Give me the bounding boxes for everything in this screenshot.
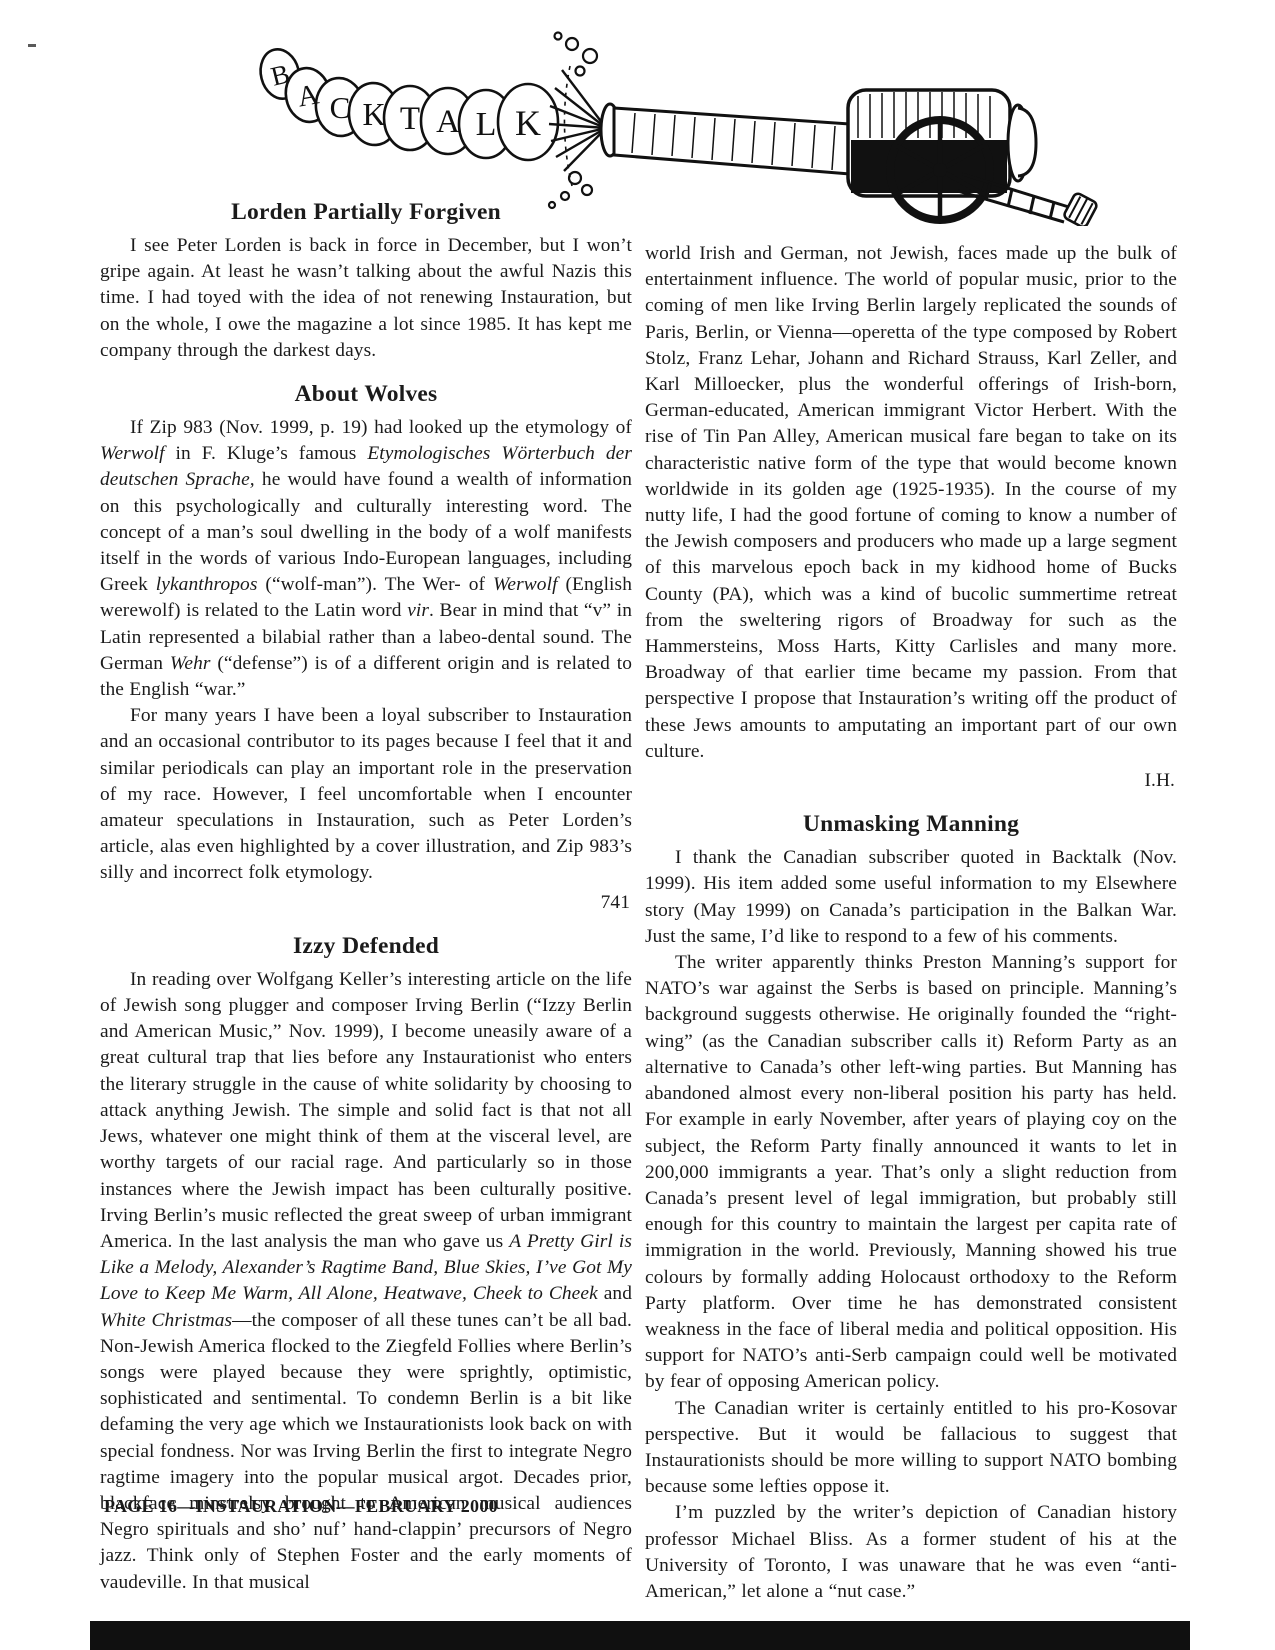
- magazine-page: B A C K T A L K: [0, 0, 1275, 1650]
- right-text-column: world Irish and German, not Jewish, face…: [645, 241, 1177, 1605]
- letter-signature: 741: [100, 890, 630, 916]
- section-heading: Izzy Defended: [100, 932, 632, 960]
- trail-end-block: [1063, 192, 1098, 226]
- letter-paragraph: The Canadian writer is certainly entitle…: [645, 1396, 1177, 1501]
- page-footer: PAGE 16—INSTAURATION—FEBRUARY 2000: [104, 1496, 498, 1517]
- letter-paragraph: The writer apparently thinks Preston Man…: [645, 950, 1177, 1395]
- backtalk-cannon-illustration: B A C K T A L K: [250, 28, 1100, 226]
- letter-paragraph: I’m puzzled by the writer’s depiction of…: [645, 1500, 1177, 1605]
- backtalk-letter: L: [476, 106, 497, 143]
- letter-paragraph: I thank the Canadian subscriber quoted i…: [645, 845, 1177, 950]
- backtalk-letter: A: [436, 104, 460, 140]
- letter-signature: I.H.: [645, 768, 1175, 794]
- backtalk-letter: C: [330, 90, 351, 125]
- scan-bottom-bar: [90, 1621, 1190, 1650]
- section-heading: Lorden Partially Forgiven: [100, 198, 632, 226]
- left-text-column: Lorden Partially ForgivenI see Peter Lor…: [100, 198, 632, 1596]
- letter-paragraph: For many years I have been a loyal subsc…: [100, 703, 632, 886]
- backtalk-letter: T: [400, 101, 420, 137]
- letter-paragraph: If Zip 983 (Nov. 1999, p. 19) had looked…: [100, 415, 632, 703]
- section-heading: About Wolves: [100, 380, 632, 408]
- backtalk-letter: K: [362, 96, 385, 132]
- section-heading: Unmasking Manning: [645, 810, 1177, 838]
- scan-speck: [28, 44, 36, 47]
- backtalk-letter: K: [515, 103, 541, 143]
- letter-paragraph: I see Peter Lorden is back in force in D…: [100, 233, 632, 364]
- letter-paragraph: world Irish and German, not Jewish, face…: [645, 241, 1177, 765]
